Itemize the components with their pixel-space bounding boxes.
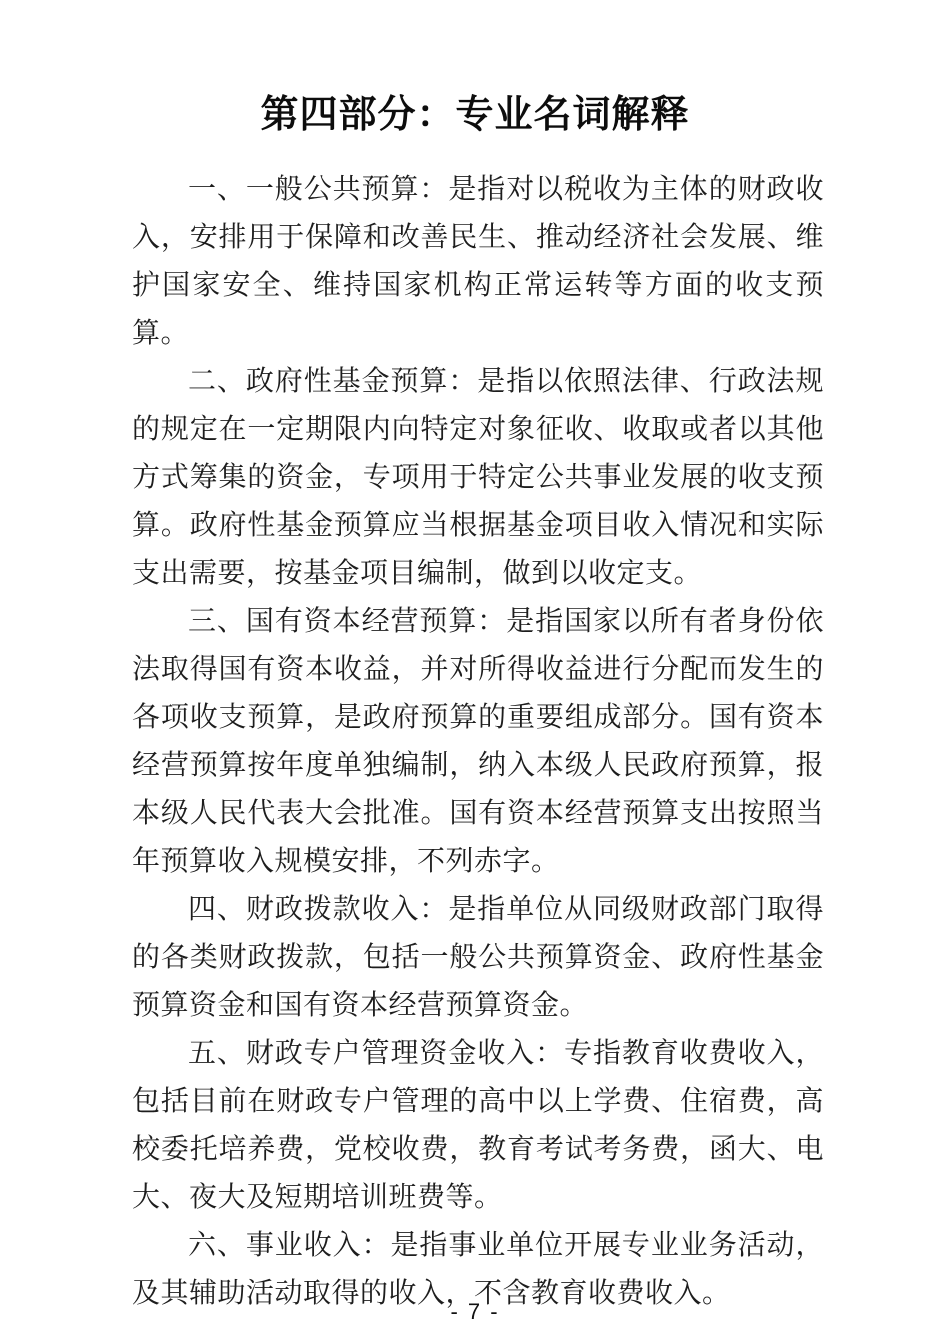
body-paragraphs: 一、一般公共预算：是指对以税收为主体的财政收入，安排用于保障和改善民生、推动经济… bbox=[132, 166, 824, 1318]
paragraph: 三、国有资本经营预算：是指国家以所有者身份依法取得国有资本收益，并对所得收益进行… bbox=[132, 598, 824, 886]
paragraph: 四、财政拨款收入：是指单位从同级财政部门取得的各类财政拨款，包括一般公共预算资金… bbox=[132, 886, 824, 1030]
page-number: - 7 - bbox=[0, 1297, 950, 1327]
paragraph: 五、财政专户管理资金收入：专指教育收费收入，包括目前在财政专户管理的高中以上学费… bbox=[132, 1030, 824, 1222]
document-page: 第四部分：专业名词解释 一、一般公共预算：是指对以税收为主体的财政收入，安排用于… bbox=[0, 0, 950, 1343]
page-title: 第四部分：专业名词解释 bbox=[0, 90, 950, 140]
paragraph: 二、政府性基金预算：是指以依照法律、行政法规的规定在一定期限内向特定对象征收、收… bbox=[132, 358, 824, 598]
paragraph: 一、一般公共预算：是指对以税收为主体的财政收入，安排用于保障和改善民生、推动经济… bbox=[132, 166, 824, 358]
